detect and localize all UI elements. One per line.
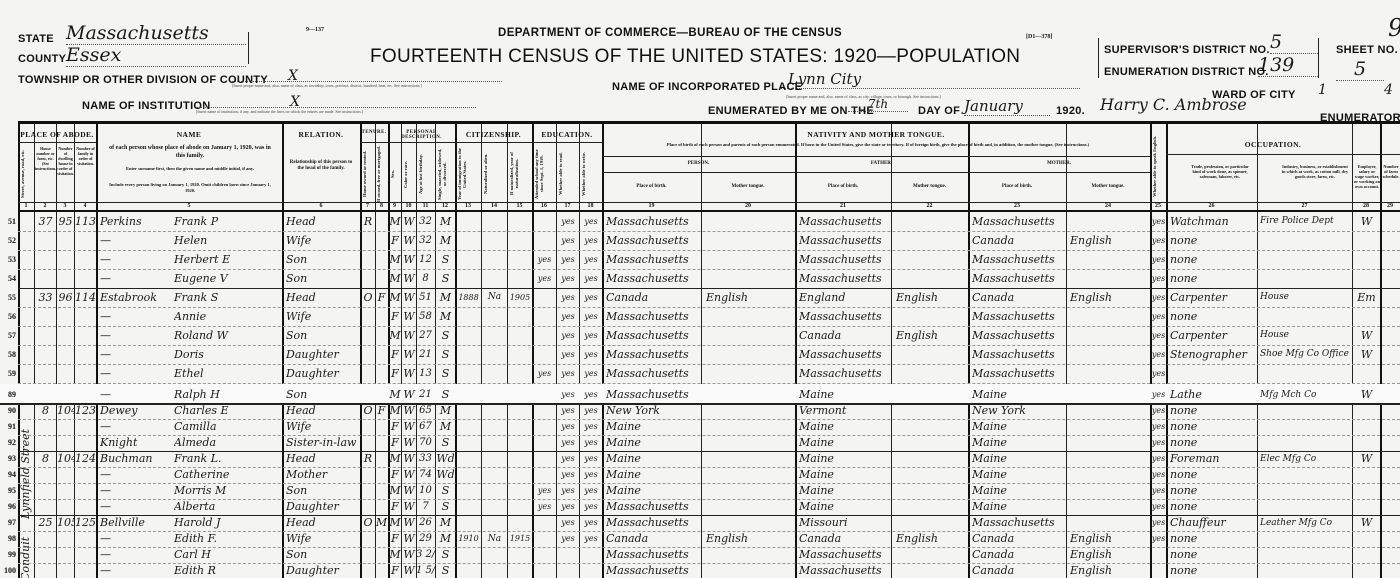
home-owned — [361, 419, 375, 435]
birthplace: Canada — [606, 288, 701, 307]
relation: Daughter — [286, 499, 358, 515]
given-name: Charles E — [174, 403, 280, 419]
age: 67 — [416, 419, 435, 435]
table-row: 100 — Edith R Daughter F W 1 5/12 S Mass… — [18, 563, 1400, 578]
given-name: Carl H — [174, 547, 280, 563]
sex: M — [389, 212, 401, 231]
sex: M — [389, 326, 401, 345]
dwelling-number — [57, 563, 74, 578]
surname: Estabrook — [100, 288, 172, 307]
can-write: yes — [580, 364, 602, 383]
speaks-english: yes — [1151, 269, 1166, 288]
occupation: none — [1170, 250, 1257, 269]
supervisor-label: SUPERVISOR'S DISTRICT NO. — [1104, 44, 1270, 56]
col-number: 10 — [401, 203, 416, 209]
occupation: none — [1170, 231, 1257, 250]
occupation: Carpenter — [1170, 288, 1257, 307]
mortgage — [375, 307, 388, 326]
occupation — [1170, 364, 1257, 383]
father-mother-tongue — [896, 231, 968, 250]
speaks-english: yes — [1151, 326, 1166, 345]
marital-status: M — [436, 531, 455, 547]
naturalized — [482, 387, 507, 403]
institution-value: X — [196, 94, 476, 108]
attended-school: yes — [533, 269, 556, 288]
can-write: yes — [580, 345, 602, 364]
immigration-year: 1910 — [456, 531, 481, 547]
home-owned — [361, 531, 375, 547]
father-birthplace: Maine — [799, 451, 891, 467]
sex: F — [389, 419, 401, 435]
home-owned — [361, 387, 375, 403]
father-mother-tongue — [896, 364, 968, 383]
sex: M — [389, 403, 401, 419]
family-number — [75, 250, 96, 269]
can-write: yes — [580, 435, 602, 451]
can-read: yes — [557, 250, 579, 269]
attended-school — [533, 345, 556, 364]
dwelling-number — [57, 231, 74, 250]
age: 7 — [416, 499, 435, 515]
form-code: [D1—378] — [1026, 34, 1052, 40]
surname: Bellville — [100, 515, 172, 531]
can-read: yes — [557, 435, 579, 451]
marital-status: M — [436, 212, 455, 231]
table-row: 94 — Catherine Mother F W 74 Wd yes yes … — [18, 467, 1400, 484]
col15-header: If naturalized, year of naturalization. — [509, 146, 531, 202]
house-number: 8 — [35, 451, 56, 467]
family-number: 123 — [75, 403, 96, 419]
given-name: Ethel — [174, 364, 280, 383]
marital-status: S — [436, 387, 455, 403]
father-birthplace: Massachusetts — [799, 364, 891, 383]
father-birthplace: Maine — [799, 387, 891, 403]
naturalization-year — [508, 499, 532, 515]
birthplace: Massachusetts — [606, 364, 701, 383]
father-birthplace: Vermont — [799, 403, 891, 419]
race: W — [402, 345, 416, 364]
mother-mother-tongue — [1070, 326, 1150, 345]
naturalized — [482, 467, 507, 483]
table-row: 96 — Alberta Daughter F W 7 S yes yes ye… — [18, 499, 1400, 516]
group-name: NAME — [96, 130, 282, 139]
mother-birthplace: Maine — [972, 387, 1066, 403]
naturalization-year — [508, 547, 532, 563]
occupation: Foreman — [1170, 451, 1257, 467]
employment-class: W — [1353, 515, 1380, 531]
nativity-desc: Place of birth of each person and parent… — [628, 142, 1128, 148]
col-number: 29 — [1380, 203, 1400, 209]
age: 10 — [416, 483, 435, 499]
birthplace: Massachusetts — [606, 547, 701, 563]
mother-tongue: English — [706, 531, 795, 547]
naturalized — [482, 563, 507, 578]
mother-tongue — [706, 345, 795, 364]
year-label: 1920. — [1056, 105, 1085, 117]
naturalization-year — [508, 212, 532, 231]
given-name: Catherine — [174, 467, 280, 483]
immigration-year — [456, 212, 481, 231]
census-title: FOURTEENTH CENSUS OF THE UNITED STATES: … — [370, 46, 1020, 68]
naturalized — [482, 250, 507, 269]
marital-status: M — [436, 231, 455, 250]
surname: — — [100, 563, 172, 578]
col4-header: Number of family in order of visitation. — [75, 146, 96, 166]
table-row: 99 — Carl H Son M W 3 2/12 S Massachuset… — [18, 547, 1400, 564]
speaks-english: yes — [1151, 364, 1166, 383]
surname: — — [100, 326, 172, 345]
marital-status: Wd — [436, 467, 455, 483]
can-write: yes — [580, 326, 602, 345]
surname: — — [100, 364, 172, 383]
home-owned — [361, 435, 375, 451]
mother-tongue — [706, 419, 795, 435]
mother-tongue — [706, 212, 795, 231]
house-number — [35, 531, 56, 547]
line-number: 90 — [0, 403, 16, 419]
father-mother-tongue — [896, 499, 968, 515]
col-number: 14 — [481, 203, 507, 209]
given-name: Edith F. — [174, 531, 280, 547]
relation-desc: Relationship of this person to the head … — [286, 160, 356, 172]
home-owned — [361, 467, 375, 483]
mother-tongue — [706, 387, 795, 403]
race: W — [402, 419, 416, 435]
race: W — [402, 547, 416, 563]
birthplace: Massachusetts — [606, 307, 701, 326]
month-value: January — [964, 97, 1050, 116]
can-read: yes — [557, 483, 579, 499]
employment-class — [1353, 364, 1380, 383]
line-number: 56 — [0, 307, 16, 326]
can-read: yes — [557, 364, 579, 383]
father-mother-tongue — [896, 515, 968, 531]
industry — [1260, 547, 1352, 563]
surname: — — [100, 499, 172, 515]
industry: Leather Mfg Co — [1260, 515, 1352, 531]
age: 51 — [416, 288, 435, 307]
can-read — [557, 563, 579, 578]
employment-class: W — [1353, 345, 1380, 364]
table-row: 95 — Morris M Son M W 10 S yes yes yes M… — [18, 483, 1400, 500]
mother-mother-tongue — [1070, 483, 1150, 499]
birthplace: Massachusetts — [606, 231, 701, 250]
col13-header: Year of immigration to the United States… — [457, 146, 479, 202]
surname: Knight — [100, 435, 172, 451]
age: 12 — [416, 250, 435, 269]
can-read: yes — [557, 288, 579, 307]
line-number: 57 — [0, 326, 16, 345]
given-name: Herbert E — [174, 250, 280, 269]
given-name: Roland W — [174, 326, 280, 345]
attended-school — [533, 307, 556, 326]
house-number — [35, 547, 56, 563]
industry — [1260, 483, 1352, 499]
immigration-year — [456, 451, 481, 467]
home-owned — [361, 269, 375, 288]
race: W — [402, 563, 416, 578]
house-number: 33 — [35, 288, 56, 307]
supervisor-value: 5 — [1270, 31, 1318, 54]
line-number: 92 — [0, 435, 16, 451]
form-header: STATE Massachusetts COUNTY Essex 9—137 T… — [0, 0, 1400, 120]
sheet-corner-mark: 9 — [1388, 14, 1400, 42]
can-write: yes — [580, 499, 602, 515]
marital-status: S — [436, 435, 455, 451]
industry — [1260, 307, 1352, 326]
speaks-english: yes — [1151, 419, 1166, 435]
speaks-english: yes — [1151, 435, 1166, 451]
age: 1 5/12 — [416, 563, 435, 578]
can-write: yes — [580, 269, 602, 288]
col-number: 2 — [34, 203, 56, 209]
table-row: 90 8 104 123 Dewey Charles E Head O F M … — [18, 403, 1400, 420]
relation: Wife — [286, 307, 358, 326]
dwelling-number: 105 — [57, 515, 74, 531]
occupation: Lathe — [1170, 387, 1257, 403]
father-mother-tongue — [896, 250, 968, 269]
naturalization-year: 1915 — [508, 531, 532, 547]
naturalization-year — [508, 483, 532, 499]
immigration-year — [456, 515, 481, 531]
mortgage — [375, 269, 388, 288]
attended-school — [533, 212, 556, 231]
col-number: 3 — [56, 203, 74, 209]
family-number — [75, 326, 96, 345]
surname: — — [100, 345, 172, 364]
immigration-year: 1888 — [456, 288, 481, 307]
census-table: PLACE OF ABODE. NAME of each person whos… — [18, 121, 1400, 578]
col-number: 18 — [579, 203, 602, 209]
race: W — [402, 326, 416, 345]
mother-mother-tongue — [1070, 307, 1150, 326]
group-place-of-abode: PLACE OF ABODE. — [18, 130, 96, 139]
family-number — [75, 435, 96, 451]
naturalized — [482, 403, 507, 419]
age: 70 — [416, 435, 435, 451]
given-name: Morris M — [174, 483, 280, 499]
col-number: 20 — [701, 203, 795, 209]
name-desc-1: of each person whose place of abode on J… — [104, 144, 276, 160]
speaks-english: yes — [1151, 483, 1166, 499]
col-number: 16 — [532, 203, 556, 209]
given-name: Alberta — [174, 499, 280, 515]
can-read: yes — [557, 212, 579, 231]
home-owned: R — [361, 212, 375, 231]
employment-class — [1353, 531, 1380, 547]
father-mother-tongue: English — [896, 326, 968, 345]
col-number: 7 — [360, 203, 375, 209]
immigration-year — [456, 364, 481, 383]
table-row: 56 — Annie Wife F W 58 M yes yes Massach… — [18, 307, 1400, 327]
rows-top: 51 37 95 113 Perkins Frank P Head R M W … — [18, 212, 1400, 384]
occupation: none — [1170, 403, 1257, 419]
mother-mother-tongue — [1070, 403, 1150, 419]
relation: Son — [286, 387, 358, 403]
house-number — [35, 499, 56, 515]
age: 21 — [416, 387, 435, 403]
race: W — [402, 403, 416, 419]
mother-tongue: English — [706, 288, 795, 307]
group-personal: PERSONAL DESCRIPTION. — [388, 130, 455, 140]
marital-status: S — [436, 499, 455, 515]
immigration-year — [456, 547, 481, 563]
mother-mother-tongue — [1070, 435, 1150, 451]
occupation: none — [1170, 531, 1257, 547]
name-desc-3: Include every person living on January 1… — [104, 182, 276, 194]
naturalized — [482, 269, 507, 288]
mother-tongue — [706, 499, 795, 515]
mother-tongue — [706, 403, 795, 419]
speaks-english: yes — [1151, 499, 1166, 515]
can-read: yes — [557, 387, 579, 403]
race: W — [402, 451, 416, 467]
can-write: yes — [580, 387, 602, 403]
birthplace: Massachusetts — [606, 563, 701, 578]
age: 13 — [416, 364, 435, 383]
house-number: 8 — [35, 403, 56, 419]
sex: F — [389, 307, 401, 326]
mother-tongue — [706, 250, 795, 269]
given-name: Camilla — [174, 419, 280, 435]
industry — [1260, 250, 1352, 269]
speaks-english — [1151, 547, 1166, 563]
industry: Elec Mfg Co — [1260, 451, 1352, 467]
speaks-english: yes — [1151, 307, 1166, 326]
col14-header: Naturalized or alien. — [483, 146, 505, 202]
state-label: STATE — [18, 33, 54, 45]
employment-class — [1353, 467, 1380, 483]
father-birthplace: Massachusetts — [799, 231, 891, 250]
given-name: Annie — [174, 307, 280, 326]
attended-school: yes — [533, 250, 556, 269]
line-number: 55 — [0, 288, 16, 307]
sex: M — [389, 269, 401, 288]
can-read: yes — [557, 307, 579, 326]
mother-mother-tongue — [1070, 345, 1150, 364]
attended-school — [533, 288, 556, 307]
speaks-english: yes — [1151, 345, 1166, 364]
group-tenure: TENURE. — [360, 130, 388, 135]
father-mother-tongue — [896, 467, 968, 483]
family-number — [75, 364, 96, 383]
birthplace: Maine — [606, 467, 701, 483]
side-note-lower: Conduit — [19, 524, 33, 578]
col-number: 25 — [1150, 203, 1166, 209]
attended-school — [533, 419, 556, 435]
birthplace: Maine — [606, 435, 701, 451]
father-mother-tongue — [896, 345, 968, 364]
given-name: Doris — [174, 345, 280, 364]
institution-label: NAME OF INSTITUTION — [82, 100, 211, 112]
age: 32 — [416, 212, 435, 231]
mortgage — [375, 563, 388, 578]
naturalization-year — [508, 467, 532, 483]
age: 74 — [416, 467, 435, 483]
immigration-year — [456, 326, 481, 345]
marital-status: S — [436, 326, 455, 345]
county-value: Essex — [66, 44, 246, 67]
can-read: yes — [557, 419, 579, 435]
dwelling-number — [57, 326, 74, 345]
relation: Mother — [286, 467, 358, 483]
mother-birthplace: New York — [972, 403, 1066, 419]
marital-status: M — [436, 403, 455, 419]
enumerated-day: 7th — [848, 97, 908, 112]
naturalized — [482, 547, 507, 563]
table-row: 92 Knight Almeda Sister-in-law F W 70 S … — [18, 435, 1400, 452]
table-row: 52 — Helen Wife F W 32 M yes yes Massach… — [18, 231, 1400, 251]
father-birthplace: Massachusetts — [799, 307, 891, 326]
relation: Daughter — [286, 364, 358, 383]
speaks-english: yes — [1151, 231, 1166, 250]
immigration-year — [456, 563, 481, 578]
father-mother-tongue — [896, 451, 968, 467]
sex: F — [389, 435, 401, 451]
occupation: none — [1170, 499, 1257, 515]
occupation: Stenographer — [1170, 345, 1257, 364]
immigration-year — [456, 231, 481, 250]
naturalization-year — [508, 563, 532, 578]
line-number: 58 — [0, 345, 16, 364]
industry — [1260, 499, 1352, 515]
relation: Head — [286, 451, 358, 467]
mother-birthplace: Maine — [972, 483, 1066, 499]
age: 26 — [416, 515, 435, 531]
naturalization-year — [508, 269, 532, 288]
sex: M — [389, 288, 401, 307]
age: 29 — [416, 531, 435, 547]
can-read: yes — [557, 345, 579, 364]
mother-birthplace: Massachusetts — [972, 515, 1066, 531]
can-read: yes — [557, 499, 579, 515]
house-number — [35, 326, 56, 345]
occupation: Chauffeur — [1170, 515, 1257, 531]
col28-header: Employer, salary or wage worker, or work… — [1354, 164, 1380, 189]
sex: F — [389, 499, 401, 515]
attended-school — [533, 435, 556, 451]
col17-header: Whether able to read. — [558, 146, 578, 202]
mother-birthplace: Massachusetts — [972, 307, 1066, 326]
mortgage — [375, 212, 388, 231]
table-row: 55 33 96 114 Estabrook Frank S Head O F … — [18, 288, 1400, 308]
marital-status: Wd — [436, 451, 455, 467]
home-owned — [361, 563, 375, 578]
industry — [1260, 269, 1352, 288]
sex: M — [389, 515, 401, 531]
col21-header: Place of birth. — [795, 184, 891, 190]
dwelling-number: 104 — [57, 403, 74, 419]
naturalization-year — [508, 435, 532, 451]
father-birthplace: Canada — [799, 326, 891, 345]
father-birthplace: Maine — [799, 419, 891, 435]
naturalization-year — [508, 387, 532, 403]
sheet-value: 5 — [1336, 58, 1384, 81]
surname: — — [100, 231, 172, 250]
father-mother-tongue — [896, 563, 968, 578]
state-value: Massachusetts — [66, 22, 246, 45]
mortgage — [375, 483, 388, 499]
race: W — [402, 364, 416, 383]
can-read: yes — [557, 269, 579, 288]
speaks-english: yes — [1151, 212, 1166, 231]
line-number: 96 — [0, 499, 16, 515]
naturalization-year — [508, 451, 532, 467]
sex: F — [389, 231, 401, 250]
mother-mother-tongue — [1070, 515, 1150, 531]
father-mother-tongue — [896, 547, 968, 563]
col-number: 15 — [507, 203, 532, 209]
